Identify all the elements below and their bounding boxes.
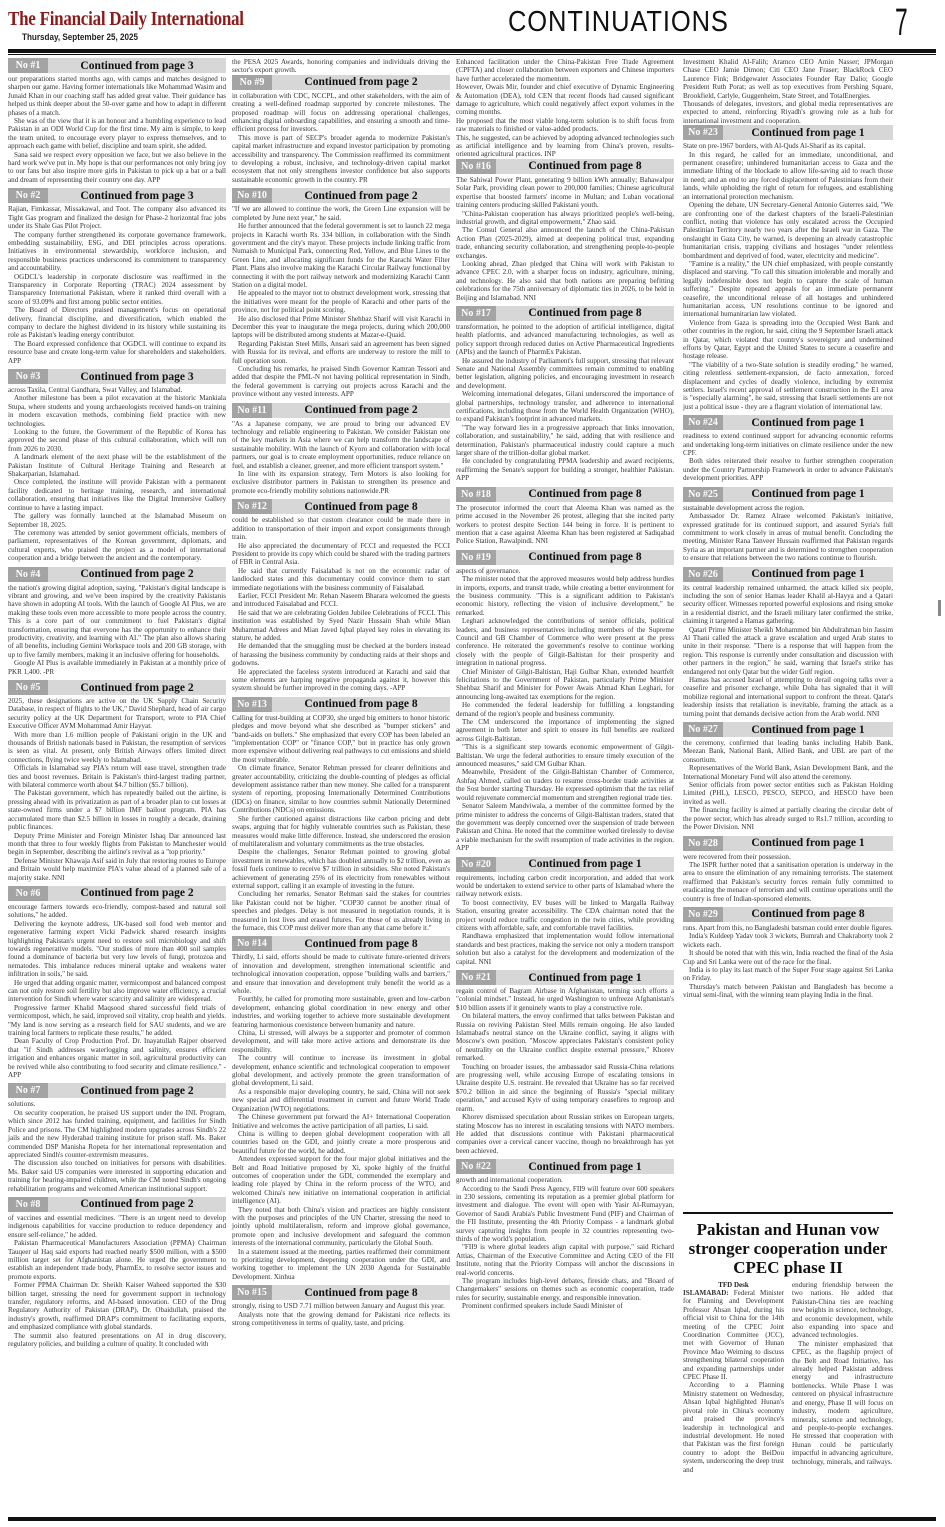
column-2: the PESA 2025 Awards, honoring companies… <box>232 58 450 1331</box>
continuation-title: Continued from page 8 <box>496 551 674 563</box>
article-paragraph: Attendees expressed support for the four… <box>232 1155 450 1205</box>
lead-paragraph: Thousands of delegates, investors, and g… <box>683 100 893 125</box>
article-paragraph: "If we are allowed to continue the work,… <box>232 205 450 222</box>
feature-divider <box>683 1212 893 1214</box>
article-paragraph: The country will continue to increase it… <box>232 1054 450 1088</box>
article-paragraph: Concluding her remarks, Senator Rehman s… <box>232 890 450 932</box>
continuation-title: Continued from page 1 <box>496 972 674 984</box>
article-paragraph: Representatives of the World Bank, Asian… <box>683 764 893 781</box>
continuation-header: No #24Continued from page 1 <box>683 415 893 430</box>
article-paragraph: Earlier, FCCI President Mr. Rehan Naseem… <box>232 592 450 609</box>
continuation-number: No #23 <box>683 125 723 140</box>
continuation-title: Continued from page 2 <box>48 887 226 899</box>
continuation-title: Continued from page 2 <box>272 404 450 416</box>
article-paragraph: Touching on broader issues, the ambassad… <box>456 1063 674 1113</box>
continuation-number: No #17 <box>456 306 496 321</box>
article-paragraph: Thirdly, Li said, efforts should be made… <box>232 953 450 995</box>
continuation-header: No #13Continued from page 8 <box>232 697 450 712</box>
article-paragraph: The Chinese government put forward the A… <box>232 1113 450 1130</box>
article-paragraph: Rajian, Fimkassar, Missakawal, and Toot.… <box>8 205 226 230</box>
feature-col-left: TFD Desk ISLAMABAD: Federal Minister for… <box>683 1281 784 1474</box>
feature-paragraph: The minister emphasized that CPEC, as th… <box>792 1340 893 1466</box>
continuation-number: No #6 <box>8 886 48 901</box>
article-paragraph: According to the Saudi Press Agency, FII… <box>456 1185 674 1244</box>
feature-paragraph: enduring friendship between the two nati… <box>792 1281 893 1340</box>
article-paragraph: To boost connectivity, EV buses will be … <box>456 899 674 933</box>
continuation-header: No #27Continued from page 1 <box>683 722 893 737</box>
article-paragraph: They noted that both China's vision and … <box>232 1206 450 1248</box>
continuation-title: Continued from page 2 <box>48 1198 226 1210</box>
article-paragraph: He concluded by congratulating PPMA lead… <box>456 457 674 482</box>
article-paragraph: the nation's growing digital adoption, s… <box>8 584 226 660</box>
continuation-block: No #7Continued from page 2solutions.On s… <box>8 1083 226 1192</box>
continuation-number: No #18 <box>456 487 496 502</box>
article-paragraph: China, Li stressed, will always be a sup… <box>232 1029 450 1054</box>
article-paragraph: In this regard, he called for an immedia… <box>683 151 893 201</box>
continuation-number: No #28 <box>683 836 723 851</box>
continuation-number: No #26 <box>683 567 723 582</box>
article-paragraph: Prominent confirmed speakers include Sau… <box>456 1302 674 1310</box>
article-paragraph: regain control of Bagram Airbase in Afgh… <box>456 987 674 1012</box>
article-paragraph: Hamas has accused Israel of attempting t… <box>683 676 893 718</box>
byline: TFD Desk <box>683 1281 784 1289</box>
article-paragraph: She was of the view that it is an honour… <box>8 117 226 151</box>
continuation-header: No #11Continued from page 2 <box>232 403 450 418</box>
continuation-title: Continued from page 3 <box>48 371 226 383</box>
continuation-title: Continued from page 8 <box>496 488 674 500</box>
article-paragraph: Opening the debate, UN Secretary-General… <box>683 201 893 260</box>
article-paragraph: Ambassador Dr. Ramez Alraee welcomed Pak… <box>683 512 893 562</box>
continuation-header: No #22Continued from page 1 <box>456 1159 674 1174</box>
article-paragraph: The CM underscored the importance of imp… <box>456 718 674 743</box>
article-paragraph: Delivering the keynote address, UK-based… <box>8 920 226 979</box>
article-paragraph: Concluding his remarks, he praised Sindh… <box>232 365 450 399</box>
continuation-title: Continued from page 8 <box>272 938 450 950</box>
continuation-number: No #21 <box>456 970 496 985</box>
article-paragraph: Chief Minister of Gilgit-Baltistan, Haji… <box>456 668 674 702</box>
article-paragraph: Randhawa emphasized that implementation … <box>456 932 674 966</box>
continuation-block: No #20Continued from page 1requirements,… <box>456 857 674 966</box>
article-paragraph: He appealed to the mayor not to obstruct… <box>232 289 450 314</box>
article-paragraph: requirements, including carbon credit in… <box>456 874 674 899</box>
continuation-title: Continued from page 1 <box>723 417 893 429</box>
article-paragraph: India is to play its last match of the S… <box>683 966 893 983</box>
continuation-title: Continued from page 8 <box>496 307 674 319</box>
continuation-header: No #18Continued from page 8 <box>456 487 674 502</box>
article-paragraph: The Board of Directors praised managemen… <box>8 306 226 340</box>
continuation-block: No #19Continued from page 8aspects of go… <box>456 550 674 853</box>
continuation-title: Continued from page 2 <box>272 190 450 202</box>
article-paragraph: Senator Saleem Mandviwala, a member of t… <box>456 802 674 852</box>
article-paragraph: On bilateral matters, the envoy confirme… <box>456 1012 674 1062</box>
article-paragraph: "The viability of a two-State solution i… <box>683 361 893 411</box>
continuation-header: No #20Continued from page 1 <box>456 857 674 872</box>
continuation-number: No #5 <box>8 680 48 695</box>
continuation-title: Continued from page 1 <box>496 1161 674 1173</box>
continuation-title: Continued from page 1 <box>723 488 893 500</box>
continuation-number: No #2 <box>8 188 48 203</box>
continuation-number: No #13 <box>232 697 272 712</box>
article-paragraph: Once completed, the institute will provi… <box>8 478 226 512</box>
article-paragraph: Meanwhile, President of the Gilgit-Balti… <box>456 768 674 802</box>
article-paragraph: The financing facility is aimed at parti… <box>683 806 893 831</box>
feature-paragraph: ISLAMABAD: Federal Minister for Planning… <box>683 1289 784 1381</box>
article-paragraph: Deputy Prime Minister and Foreign Minist… <box>8 832 226 857</box>
continuation-number: No #12 <box>232 499 272 514</box>
continuation-block: No #26Continued from page 1its central l… <box>683 567 893 719</box>
continuation-number: No #25 <box>683 487 723 502</box>
article-paragraph: readiness to extend continued support fo… <box>683 432 893 457</box>
bottom-rule <box>8 1517 936 1521</box>
continuation-block: No #21Continued from page 1regain contro… <box>456 970 674 1155</box>
continuation-number: No #27 <box>683 722 723 737</box>
continuation-number: No #9 <box>232 75 272 90</box>
continuation-number: No #15 <box>232 1285 272 1300</box>
article-paragraph: He demanded that the smuggling must be c… <box>232 642 450 667</box>
continuation-block: No #5Continued from page 22025, these de… <box>8 680 226 882</box>
continuation-block: No #24Continued from page 1readiness to … <box>683 415 893 482</box>
continuation-header: No #26Continued from page 1 <box>683 567 893 582</box>
article-paragraph: The gallery was formally launched at the… <box>8 512 226 529</box>
article-paragraph: The summit also featured presentations o… <box>8 1332 226 1349</box>
article-paragraph: Welcoming international delegates, Gilan… <box>456 390 674 424</box>
article-paragraph: Thursday's match between Pakistan and Ba… <box>683 983 893 1000</box>
article-paragraph: Khorev dismissed speculation about Russi… <box>456 1113 674 1155</box>
article-paragraph: The minister noted that the approved mea… <box>456 575 674 617</box>
continuation-block: No #11Continued from page 2"As a Japanes… <box>232 403 450 496</box>
column-4: Investment Khalid Al-Falih; Aramco CEO A… <box>683 58 893 1004</box>
continuation-block: No #22Continued from page 1growth and in… <box>456 1159 674 1311</box>
continuation-header: No #9Continued from page 2 <box>232 75 450 90</box>
article-paragraph: He also disclosed that Prime Minister Sh… <box>232 315 450 340</box>
article-paragraph: This move is part of SECP's broader agen… <box>232 134 450 184</box>
article-paragraph: The Pakistan government, which has repea… <box>8 789 226 831</box>
article-paragraph: its central leadership remained unharmed… <box>683 584 893 626</box>
article-paragraph: Dean Faculty of Crop Production Prof. Dr… <box>8 1037 226 1079</box>
article-paragraph: Fourthly, he called for promoting more s… <box>232 995 450 1029</box>
article-paragraph: State on pre-1967 borders, with Al-Quds … <box>683 142 893 150</box>
continuation-number: No #20 <box>456 857 496 872</box>
page-number: 7 <box>895 2 908 45</box>
article-paragraph: The company further strengthened its cor… <box>8 231 226 273</box>
article-paragraph: He said that currently Faisalabad is not… <box>232 567 450 592</box>
continuation-block: No #29Continued from page 8runs. Apart f… <box>683 907 893 1000</box>
article-paragraph: Looking ahead, Zhao pledged that China w… <box>456 260 674 302</box>
article-paragraph: As a responsible major developing countr… <box>232 1088 450 1113</box>
continuation-title: Continued from page 8 <box>723 908 893 920</box>
continuation-title: Continued from page 8 <box>496 160 674 172</box>
continuation-title: Continued from page 1 <box>723 837 893 849</box>
continuation-title: Continued from page 2 <box>48 568 226 580</box>
column-3: Enhanced facilitation under the China-Pa… <box>456 58 674 1315</box>
article-paragraph: in collaboration with CDC, NCCPL, and ot… <box>232 92 450 134</box>
article-paragraph: He further announced that the federal go… <box>232 222 450 289</box>
article-paragraph: 2025, these designations are active on t… <box>8 697 226 731</box>
continuation-block: No #28Continued from page 1were recovere… <box>683 836 893 903</box>
continuation-title: Continued from page 3 <box>48 60 226 72</box>
continuation-block: No #15Continued from page 8strongly, ris… <box>232 1285 450 1327</box>
article-paragraph: He commended the federal leadership for … <box>456 701 674 718</box>
article-paragraph: our preparations started months ago, wit… <box>8 75 226 117</box>
continuation-title: Continued from page 2 <box>48 682 226 694</box>
continuation-block: No #25Continued from page 1sustainable d… <box>683 487 893 563</box>
continuation-header: No #29Continued from page 8 <box>683 907 893 922</box>
continuation-header: No #15Continued from page 8 <box>232 1285 450 1300</box>
article-paragraph: He assured the industry of Parliament's … <box>456 357 674 391</box>
article-paragraph: across Taxila, Central Gandhara, Swat Va… <box>8 386 226 394</box>
feature-story: Pakistan and Hunan vow stronger cooperat… <box>683 1212 893 1474</box>
continuation-number: No #3 <box>8 369 48 384</box>
continuation-block: No #4Continued from page 2the nation's g… <box>8 567 226 676</box>
continuation-header: No #2Continued from page 3 <box>8 188 226 203</box>
article-paragraph: aspects of governance. <box>456 567 674 575</box>
continuation-number: No #1 <box>8 58 48 73</box>
continuation-block: No #6Continued from page 2encourage farm… <box>8 886 226 1080</box>
article-paragraph: solutions. <box>8 1100 226 1108</box>
article-paragraph: It should be noted that with this win, I… <box>683 949 893 966</box>
continuation-title: Continued from page 2 <box>48 1085 226 1097</box>
continuation-block: No #1Continued from page 3our preparatio… <box>8 58 226 184</box>
continuation-title: Continued from page 1 <box>723 724 893 736</box>
article-paragraph: Leghari acknowledged the contributions o… <box>456 617 674 667</box>
continuation-header: No #7Continued from page 2 <box>8 1083 226 1098</box>
article-paragraph: were recovered from their possession. <box>683 853 893 861</box>
continuation-number: No #14 <box>232 936 272 951</box>
continuation-header: No #16Continued from page 8 <box>456 159 674 174</box>
continuation-title: Continued from page 8 <box>272 1287 450 1299</box>
continuation-number: No #10 <box>232 188 272 203</box>
article-paragraph: "As a Japanese company, we are proud to … <box>232 420 450 470</box>
article-paragraph: The program includes high-level debates,… <box>456 1277 674 1302</box>
article-paragraph: India's Kuldeep Yadav took 3 wickets, Bu… <box>683 932 893 949</box>
feature-col-right: enduring friendship between the two nati… <box>792 1281 893 1474</box>
continuation-header: No #23Continued from page 1 <box>683 125 893 140</box>
article-paragraph: He urged that adding organic matter, ver… <box>8 979 226 1004</box>
lead-paragraph: Investment Khalid Al-Falih; Aramco CEO A… <box>683 58 893 100</box>
article-paragraph: China is willing to deepen global develo… <box>232 1130 450 1155</box>
masthead-rule <box>8 49 936 53</box>
article-paragraph: The ceremony was attended by senior gove… <box>8 529 226 563</box>
article-paragraph: He appreciated the faceless system intro… <box>232 668 450 693</box>
article-paragraph: The prosecutor informed the court that A… <box>456 504 674 546</box>
article-paragraph: He said that we are celebrating Golden J… <box>232 609 450 643</box>
article-paragraph: "FII9 is where global leaders align capi… <box>456 1243 674 1277</box>
lead-paragraph: However, Owais Mir, founder and chief ex… <box>456 83 674 117</box>
continuation-header: No #10Continued from page 2 <box>232 188 450 203</box>
article-paragraph: The Board expressed confidence that OGDC… <box>8 340 226 365</box>
feature-paragraph: According to a Planning Ministry stateme… <box>683 1381 784 1473</box>
continuation-header: No #19Continued from page 8 <box>456 550 674 565</box>
article-paragraph: strongly, rising to USD 7.71 million bet… <box>232 1302 450 1310</box>
article-paragraph: Looking to the future, the Government of… <box>8 428 226 453</box>
column-1: No #1Continued from page 3our preparatio… <box>8 58 226 1352</box>
issue-date: Thursday, September 25, 2025 <box>22 32 138 42</box>
continuation-number: No #19 <box>456 550 496 565</box>
article-paragraph: In line with its expansion strategy, Ter… <box>232 470 450 495</box>
continuation-title: Continued from page 2 <box>272 76 450 88</box>
lead-paragraph: Enhanced facilitation under the China-Pa… <box>456 58 674 83</box>
feature-body: TFD Desk ISLAMABAD: Federal Minister for… <box>683 1281 893 1474</box>
lead-paragraph: This, he suggested, can be achieved by a… <box>456 134 674 159</box>
section-title: CONTINUATIONS <box>508 6 729 39</box>
continuation-block: No #8Continued from page 2of vaccines an… <box>8 1197 226 1349</box>
continuation-title: Continued from page 8 <box>272 501 450 513</box>
lead-paragraph: He proposed that the most viable long-te… <box>456 117 674 134</box>
continuation-block: No #23Continued from page 1State on pre-… <box>683 125 893 411</box>
continuation-block: No #16Continued from page 8The Sahiwal P… <box>456 159 674 302</box>
continuation-title: Continued from page 8 <box>272 698 450 710</box>
continuation-header: No #1Continued from page 3 <box>8 58 226 73</box>
article-paragraph: "This is a significant step towards econ… <box>456 743 674 768</box>
continuation-block: No #10Continued from page 2"If we are al… <box>232 188 450 398</box>
article-paragraph: Google AI Plus is available immediately … <box>8 659 226 676</box>
article-paragraph: Violence from Gaza is spreading into the… <box>683 319 893 361</box>
article-paragraph: encourage farmers towards eco-friendly, … <box>8 903 226 920</box>
article-paragraph: Analysts note that the growing demand fo… <box>232 1311 450 1328</box>
article-paragraph: Both sides reiterated their resolve to f… <box>683 457 893 482</box>
lead-paragraph: the PESA 2025 Awards, honoring companies… <box>232 58 450 75</box>
continuation-block: No #18Continued from page 8The prosecuto… <box>456 487 674 546</box>
article-paragraph: Officials in Islamabad say PIA's return … <box>8 764 226 789</box>
article-paragraph: "Famine is a reality," the UN chief emph… <box>683 260 893 319</box>
scroll-marker <box>938 600 941 616</box>
article-paragraph: The Sahiwal Power Plant, generating 9 bi… <box>456 176 674 210</box>
continuation-block: No #27Continued from page 1the ceremony,… <box>683 722 893 831</box>
continuation-title: Continued from page 1 <box>723 568 893 580</box>
continuation-block: No #2Continued from page 3Rajian, Fimkas… <box>8 188 226 365</box>
continuation-header: No #21Continued from page 1 <box>456 970 674 985</box>
article-paragraph: The discussion also touched on initiativ… <box>8 1159 226 1193</box>
continuation-header: No #8Continued from page 2 <box>8 1197 226 1212</box>
continuation-block: No #3Continued from page 3across Taxila,… <box>8 369 226 563</box>
continuation-header: No #17Continued from page 8 <box>456 306 674 321</box>
article-paragraph: Senior officials from power sector entit… <box>683 781 893 806</box>
newspaper-name: The Financial Daily International <box>8 8 244 31</box>
article-paragraph: Calling for trust-building at COP30, she… <box>232 714 450 764</box>
article-paragraph: the ceremony, confirmed that leading ban… <box>683 739 893 764</box>
masthead-rule-thin <box>8 54 936 55</box>
continuation-header: No #6Continued from page 2 <box>8 886 226 901</box>
article-paragraph: "China-Pakistan cooperation has always p… <box>456 210 674 227</box>
article-paragraph: In a statement issued at the meeting, pa… <box>232 1248 450 1282</box>
continuation-block: No #14Continued from page 8Thirdly, Li s… <box>232 936 450 1281</box>
continuation-number: No #24 <box>683 415 723 430</box>
article-paragraph: A landmark element of the next phase wil… <box>8 453 226 478</box>
article-paragraph: The ISPR further noted that a sanitisati… <box>683 861 893 903</box>
continuation-header: No #14Continued from page 8 <box>232 936 450 951</box>
continuation-block: No #17Continued from page 8transformatio… <box>456 306 674 483</box>
article-paragraph: Defense Minister Khawaja Asif said in Ju… <box>8 857 226 882</box>
continuation-number: No #8 <box>8 1197 48 1212</box>
article-paragraph: transformation, he pointed to the adopti… <box>456 323 674 357</box>
continuation-block: No #9Continued from page 2in collaborati… <box>232 75 450 184</box>
article-paragraph: Pakistan Pharmaceutical Manufacturers As… <box>8 1239 226 1281</box>
continuation-block: No #12Continued from page 8could be esta… <box>232 499 450 693</box>
continuation-title: Continued from page 3 <box>48 190 226 202</box>
article-paragraph: Regarding Pakistan Steel Mills, Ansari s… <box>232 340 450 365</box>
article-paragraph: She further cautioned against distractio… <box>232 815 450 849</box>
article-paragraph: The Consul General also announced the la… <box>456 226 674 260</box>
continuation-title: Continued from page 1 <box>496 858 674 870</box>
continuation-header: No #12Continued from page 8 <box>232 499 450 514</box>
continuation-header: No #4Continued from page 2 <box>8 567 226 582</box>
article-paragraph: On climate finance, Senator Rehman press… <box>232 764 450 814</box>
continuation-number: No #22 <box>456 1159 496 1174</box>
article-paragraph: On security cooperation, he praised US s… <box>8 1109 226 1159</box>
article-paragraph: growth and international cooperation. <box>456 1176 674 1184</box>
continuation-header: No #5Continued from page 2 <box>8 680 226 695</box>
continuation-number: No #7 <box>8 1083 48 1098</box>
feature-headline: Pakistan and Hunan vow stronger cooperat… <box>683 1220 893 1277</box>
masthead: The Financial Daily International Thursd… <box>0 0 945 48</box>
article-paragraph: could be established so that custom clea… <box>232 516 450 541</box>
continuation-header: No #25Continued from page 1 <box>683 487 893 502</box>
article-paragraph: Sana said we respect every opposition we… <box>8 151 226 185</box>
dateline: ISLAMABAD: <box>683 1289 729 1297</box>
article-paragraph: Another milestone has been a pilot excav… <box>8 394 226 428</box>
continuation-block: No #13Continued from page 8Calling for t… <box>232 697 450 933</box>
continuation-number: No #16 <box>456 159 496 174</box>
continuation-title: Continued from page 1 <box>723 127 893 139</box>
continuation-number: No #4 <box>8 567 48 582</box>
article-paragraph: of vaccines and essential medicines. "Th… <box>8 1214 226 1239</box>
article-paragraph: Former PPMA Chairman Dr. Sheikh Kaiser W… <box>8 1281 226 1331</box>
continuation-number: No #11 <box>232 403 272 418</box>
article-paragraph: OGDCL's leadership in corporate disclosu… <box>8 273 226 307</box>
continuation-header: No #28Continued from page 1 <box>683 836 893 851</box>
article-paragraph: He also appreciated the documentary of F… <box>232 542 450 567</box>
article-paragraph: Qatari Prime Minister Sheikh Mohammed bi… <box>683 626 893 676</box>
continuation-number: No #29 <box>683 907 723 922</box>
article-paragraph: With more than 1.6 million people of Pak… <box>8 731 226 765</box>
article-paragraph: Despite the challenges, Senator Rehman p… <box>232 848 450 890</box>
article-paragraph: sustainable development across the regio… <box>683 504 893 512</box>
article-paragraph: "The way forward lies in a progressive a… <box>456 424 674 458</box>
article-paragraph: runs. Apart from this, no Bangladeshi ba… <box>683 924 893 932</box>
article-paragraph: Progressive farmer Khalid Maqsood shared… <box>8 1004 226 1038</box>
continuation-header: No #3Continued from page 3 <box>8 369 226 384</box>
